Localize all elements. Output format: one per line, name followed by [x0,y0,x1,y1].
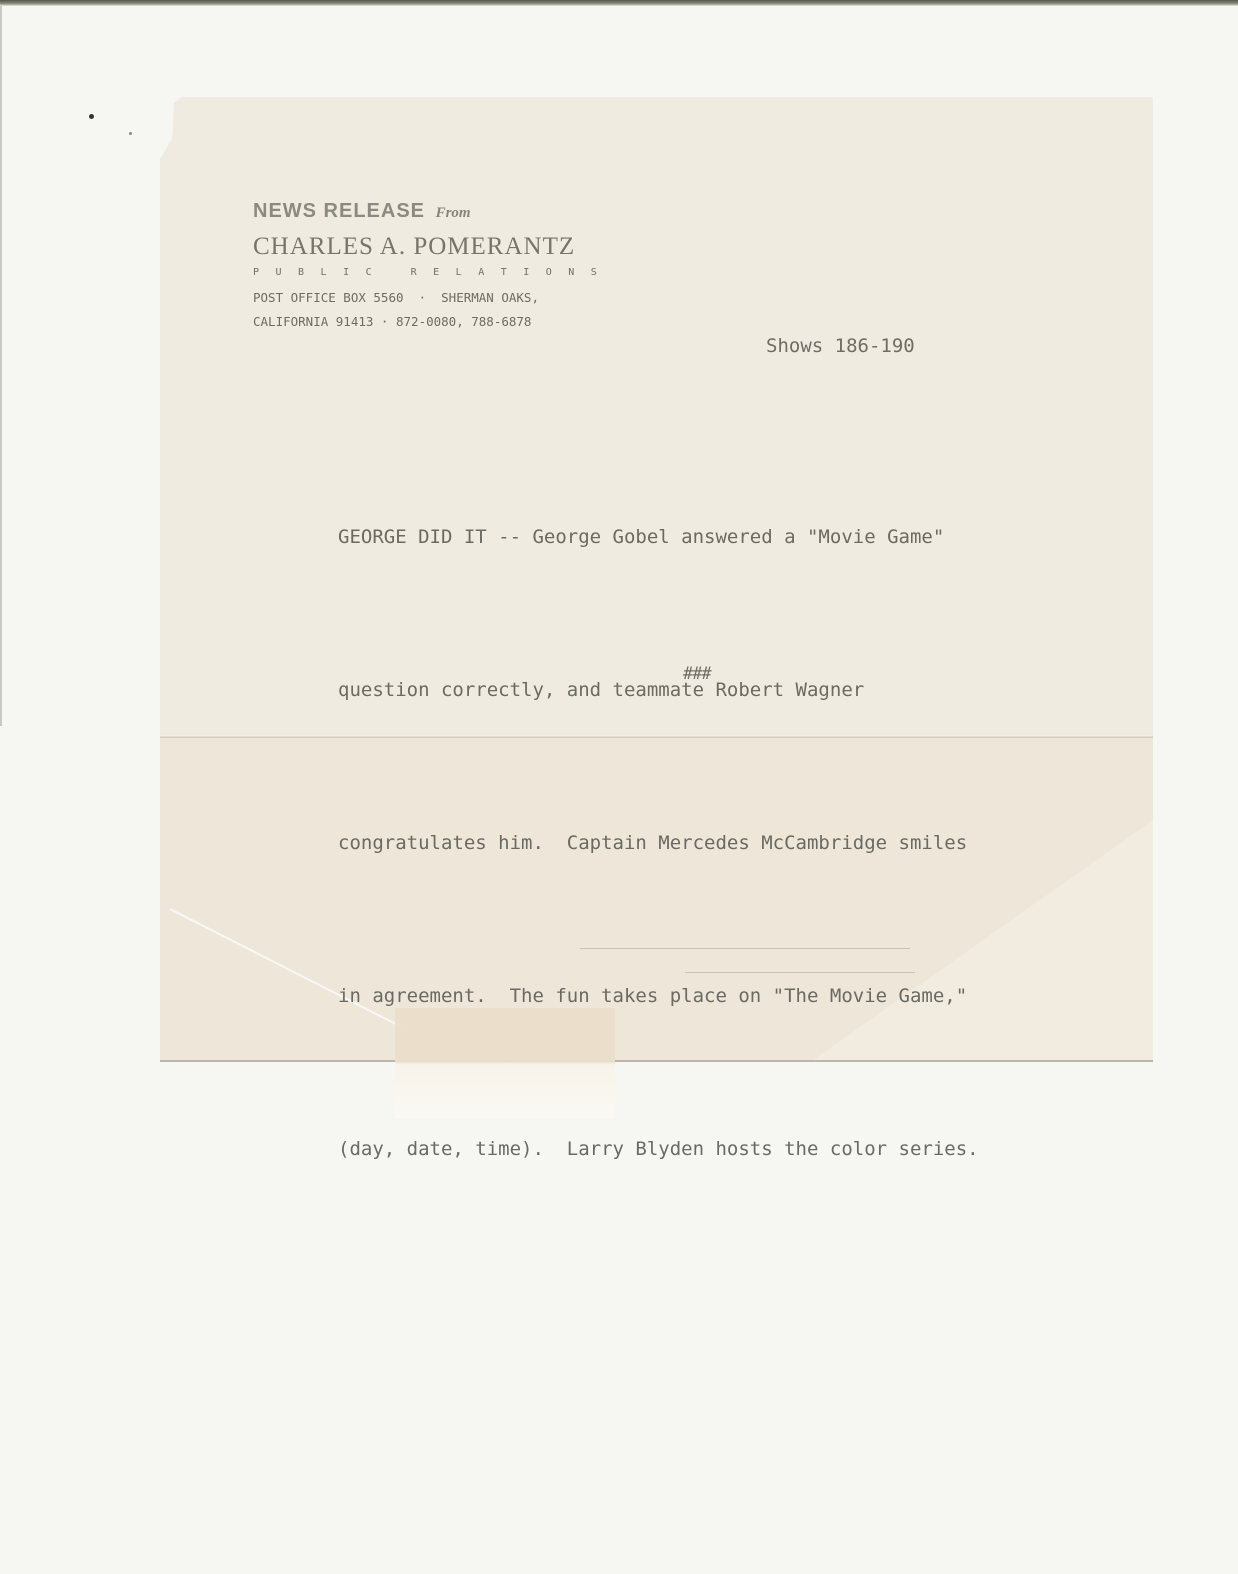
news-release-heading: NEWS RELEASE From [253,200,613,223]
company-name: CHARLES A. POMERANTZ [253,233,613,261]
address-line-1: POST OFFICE BOX 5560 · SHERMAN OAKS, [253,286,613,310]
body-line: GEORGE DID IT -- George Gobel answered a… [338,512,1138,563]
scan-left-edge [0,6,2,726]
body-line: congratulates him. Captain Mercedes McCa… [338,818,1138,869]
body-line: (day, date, time). Larry Blyden hosts th… [338,1124,1138,1175]
shows-range: Shows 186-190 [766,335,915,357]
scan-edge [0,0,1238,6]
news-release-label: NEWS RELEASE [253,200,425,222]
release-body: GEORGE DID IT -- George Gobel answered a… [338,410,1138,1226]
address-line-2: CALIFORNIA 91413 · 872-0080, 788-6878 [253,310,613,334]
from-label: From [436,205,471,221]
body-line: question correctly, and teammate Robert … [338,665,1138,716]
letterhead: NEWS RELEASE From CHARLES A. POMERANTZ P… [253,200,613,334]
tagline: PUBLIC RELATIONS [253,267,613,278]
address: POST OFFICE BOX 5560 · SHERMAN OAKS,CALI… [253,286,613,334]
end-mark: ### [683,664,711,684]
body-line: in agreement. The fun takes place on "Th… [338,971,1138,1022]
dust-speck [89,114,94,119]
dust-speck [129,132,132,135]
